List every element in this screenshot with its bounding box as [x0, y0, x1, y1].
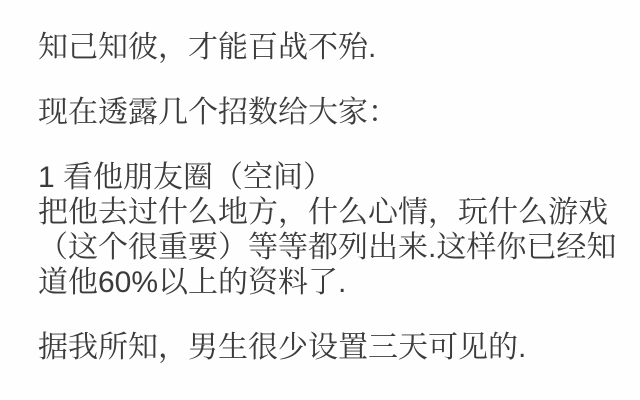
text-line: 现在透露几个招数给大家：	[38, 95, 612, 130]
paragraph-lead-in: 现在透露几个招数给大家：	[38, 95, 612, 130]
paragraph-closing: 据我所知，男生很少设置三天可见的.	[38, 330, 612, 365]
text-line: 知己知彼，才能百战不殆.	[38, 30, 612, 65]
text-line: 道他60%以上的资料了.	[38, 265, 612, 300]
text-line: （这个很重要）等等都列出来.这样你已经知	[38, 230, 612, 265]
paragraph-intro: 知己知彼，才能百战不殆.	[38, 30, 612, 65]
text-line: 据我所知，男生很少设置三天可见的.	[38, 330, 612, 365]
text-line: 把他去过什么地方，什么心情，玩什么游戏	[38, 195, 612, 230]
text-line: 1 看他朋友圈（空间）	[38, 160, 612, 195]
paragraph-tip-1: 1 看他朋友圈（空间） 把他去过什么地方，什么心情，玩什么游戏 （这个很重要）等…	[38, 160, 612, 300]
text-post: 知己知彼，才能百战不殆. 现在透露几个招数给大家： 1 看他朋友圈（空间） 把他…	[0, 0, 640, 400]
